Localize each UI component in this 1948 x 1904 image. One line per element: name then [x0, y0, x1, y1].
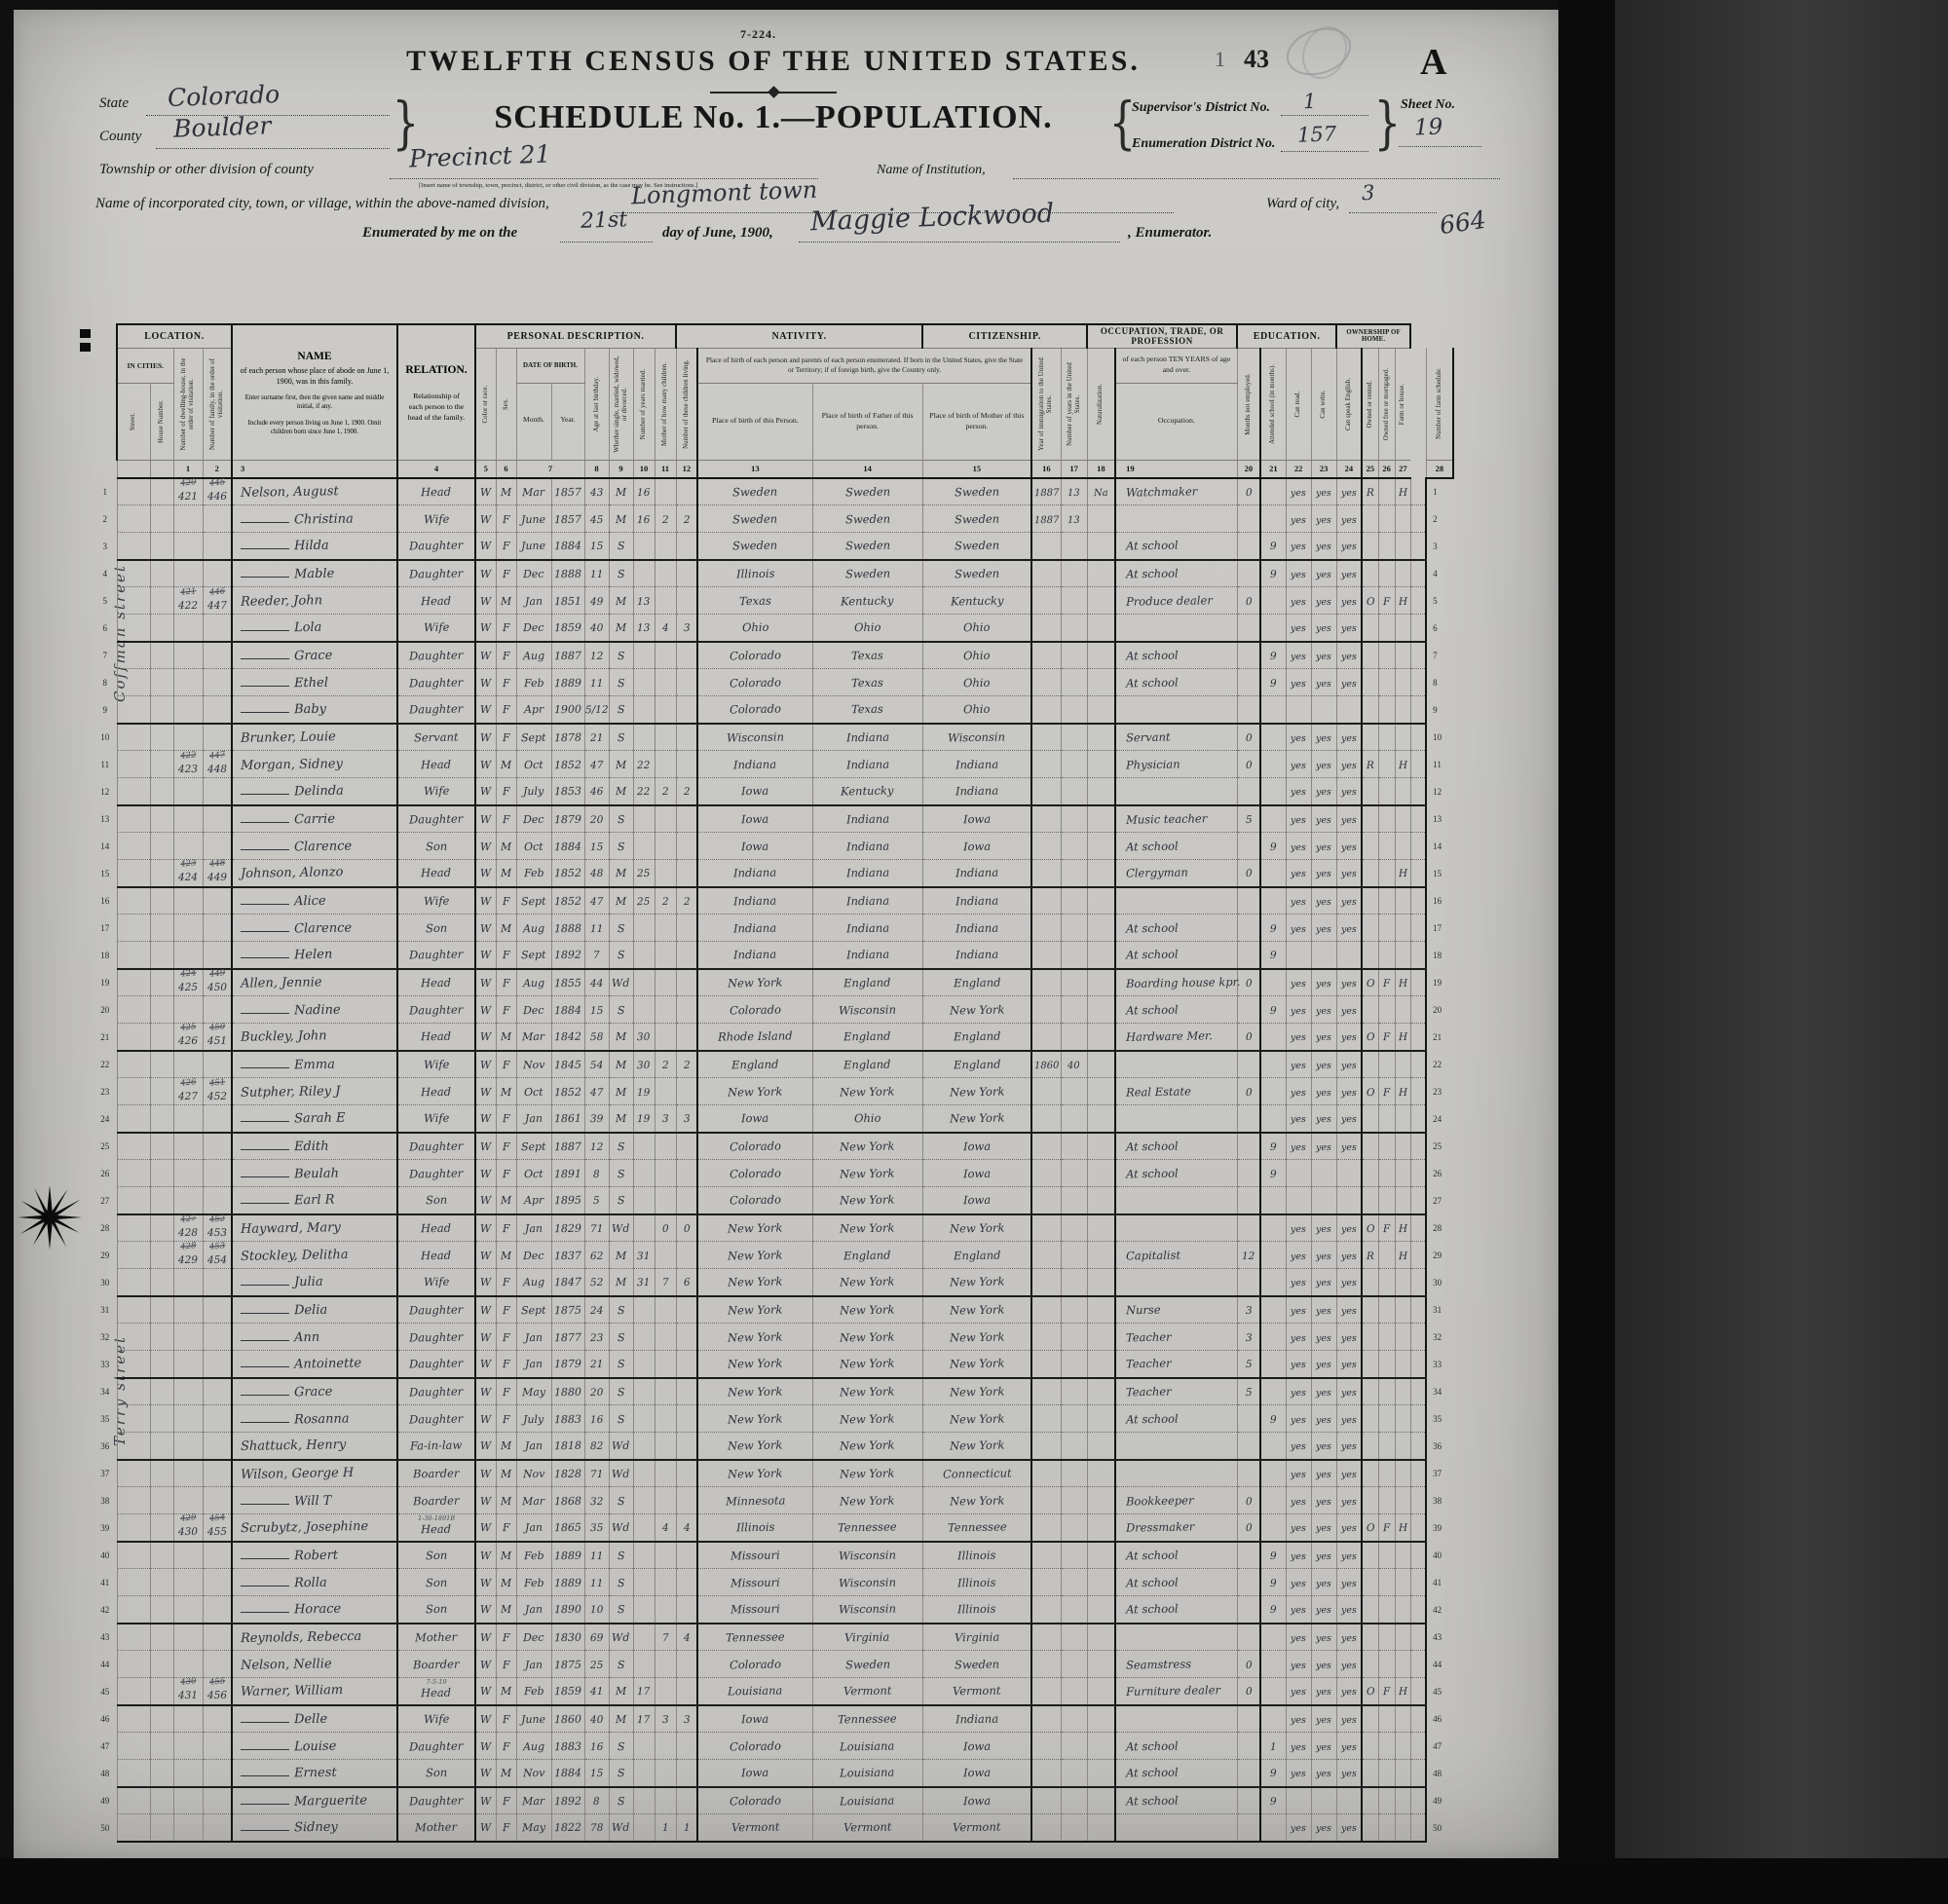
cell-name: Julia: [232, 1269, 397, 1296]
cell-farm: H: [1395, 860, 1410, 887]
cell-farm: [1395, 1105, 1410, 1133]
cell-mar: S: [609, 560, 633, 587]
cell-imm: [1031, 751, 1061, 778]
cell-sex: F: [496, 1705, 516, 1733]
cell-street: [117, 1651, 150, 1678]
cell-pf: Sweden: [812, 505, 922, 533]
cell-race: W: [475, 1405, 496, 1433]
cell-street: [117, 696, 150, 724]
cell-pb: Ohio: [697, 615, 812, 642]
person-row-47: 47LouiseDaughterWFAug188316SColoradoLoui…: [94, 1733, 1453, 1760]
cell-name: Grace: [232, 1378, 397, 1405]
cell-fs: [1410, 1514, 1426, 1542]
cell-mne: 12: [1237, 1242, 1260, 1269]
cell-age: 12: [584, 1133, 609, 1160]
cell-mc: 2: [655, 505, 676, 533]
cell-nat: [1087, 642, 1115, 669]
person-row-31: 31DeliaDaughterWFSept187524SNew YorkNew …: [94, 1296, 1453, 1324]
col-dwelling-number: Number of dwelling-house, in the order o…: [173, 348, 203, 460]
cell-mar: M: [609, 587, 633, 615]
cell-rel: Servant: [397, 724, 475, 751]
cell-name: Sidney: [232, 1814, 397, 1842]
cell-yrs: [1061, 860, 1087, 887]
cell-fs: [1410, 805, 1426, 833]
cell-occ: At school: [1115, 1405, 1237, 1433]
cell-mc: [655, 833, 676, 860]
person-row-22: 22EmmaWifeWFNov184554M3022EnglandEngland…: [94, 1051, 1453, 1078]
person-row-30: 30JuliaWifeWFAug184752M3176New YorkNew Y…: [94, 1269, 1453, 1296]
cell-by: 1830: [551, 1624, 584, 1651]
cell-street: [117, 1433, 150, 1460]
ward-line: [1349, 212, 1437, 213]
cell-mort: [1378, 724, 1395, 751]
cell-en: yes: [1336, 724, 1362, 751]
cell-imm: [1031, 1460, 1061, 1487]
cell-pb: Colorado: [697, 1733, 812, 1760]
cell-rel: Head: [397, 1078, 475, 1105]
cell-fam: [203, 1460, 232, 1487]
cell-cl: 2: [676, 505, 697, 533]
cell-mc: 3: [655, 1705, 676, 1733]
line-number-left: 26: [94, 1160, 117, 1187]
line-number-left: 42: [94, 1596, 117, 1624]
cell-bm: Mar: [516, 1487, 551, 1514]
col-attended-school: Attended school (in months).: [1260, 348, 1286, 460]
cell-farm: [1395, 833, 1410, 860]
cell-cl: 1: [676, 1814, 697, 1842]
cell-race: W: [475, 1460, 496, 1487]
cell-bm: July: [516, 1405, 551, 1433]
cell-house: [150, 1787, 173, 1814]
cell-street: [117, 1596, 150, 1624]
cell-rd: yes: [1286, 1514, 1311, 1542]
cell-mar: S: [609, 1405, 633, 1433]
cell-ym: [633, 1514, 655, 1542]
cell-bm: Dec: [516, 805, 551, 833]
cell-imm: [1031, 887, 1061, 915]
line-number-left: 27: [94, 1187, 117, 1214]
cell-race: W: [475, 1596, 496, 1624]
cell-pm: England: [922, 1242, 1031, 1269]
right-margin-gutter: [1410, 324, 1426, 478]
cell-fs: [1410, 942, 1426, 969]
cell-own: [1362, 942, 1378, 969]
person-row-8: 8EthelDaughterWFFeb188911SColoradoTexasO…: [94, 669, 1453, 696]
cell-by: 1888: [551, 915, 584, 942]
cell-fs: [1410, 1296, 1426, 1324]
cell-fam: 450451: [203, 1024, 232, 1051]
line-number-left: 41: [94, 1569, 117, 1596]
cell-cl: 3: [676, 1705, 697, 1733]
cell-dw: 422423: [173, 751, 203, 778]
cell-dw: [173, 724, 203, 751]
line-number-right: 16: [1426, 887, 1453, 915]
cell-rel: Head: [397, 751, 475, 778]
cell-house: [150, 642, 173, 669]
cell-en: yes: [1336, 533, 1362, 560]
cell-ym: 30: [633, 1024, 655, 1051]
cell-mc: 1: [655, 1814, 676, 1842]
cell-pf: Indiana: [812, 805, 922, 833]
cell-bm: Dec: [516, 1242, 551, 1269]
cell-occ: [1115, 1433, 1237, 1460]
cell-pf: Kentucky: [812, 587, 922, 615]
cell-age: 7: [584, 942, 609, 969]
cell-rel: Boarder: [397, 1651, 475, 1678]
cell-ym: 30: [633, 1051, 655, 1078]
line-number-left: 37: [94, 1460, 117, 1487]
cell-nat: [1087, 1514, 1115, 1542]
line-number-right: 18: [1426, 942, 1453, 969]
person-row-26: 26BeulahDaughterWFOct18918SColoradoNew Y…: [94, 1160, 1453, 1187]
cell-wr: [1311, 1787, 1336, 1814]
cell-nat: [1087, 560, 1115, 587]
cell-rel: Son: [397, 915, 475, 942]
cell-mne: [1237, 996, 1260, 1024]
cell-house: [150, 1351, 173, 1378]
col-group-location: LOCATION.: [117, 324, 232, 348]
cell-sex: F: [496, 560, 516, 587]
cell-yrs: [1061, 833, 1087, 860]
cell-house: [150, 887, 173, 915]
column-number: 20: [1237, 460, 1260, 478]
cell-race: W: [475, 887, 496, 915]
cell-occ: [1115, 1214, 1237, 1242]
cell-mne: [1237, 942, 1260, 969]
cell-yrs: [1061, 1105, 1087, 1133]
cell-by: 1822: [551, 1814, 584, 1842]
cell-age: 11: [584, 1542, 609, 1569]
line-number-left: 10: [94, 724, 117, 751]
cell-bm: Feb: [516, 860, 551, 887]
cell-mc: [655, 724, 676, 751]
sheet-letter: A: [1420, 41, 1446, 84]
cell-mort: [1378, 1542, 1395, 1569]
cell-sch: [1260, 778, 1286, 805]
col-children-living: Number of these children living.: [676, 348, 697, 460]
cell-mne: [1237, 1569, 1260, 1596]
line-number-right: 37: [1426, 1460, 1453, 1487]
cell-race: W: [475, 1242, 496, 1269]
cell-fs: [1410, 1160, 1426, 1187]
cell-imm: [1031, 1760, 1061, 1787]
person-row-37: 37Wilson, George HBoarderWMNov182871WdNe…: [94, 1460, 1453, 1487]
cell-occ: Dressmaker: [1115, 1514, 1237, 1542]
cell-pb: Colorado: [697, 1187, 812, 1214]
cell-own: [1362, 1814, 1378, 1842]
cell-en: yes: [1336, 969, 1362, 996]
cell-age: 11: [584, 1569, 609, 1596]
cell-by: 1877: [551, 1324, 584, 1351]
cell-pb: Colorado: [697, 669, 812, 696]
cell-age: 58: [584, 1024, 609, 1051]
cell-pm: Sweden: [922, 1651, 1031, 1678]
cell-mort: F: [1378, 1024, 1395, 1051]
cell-sex: F: [496, 1133, 516, 1160]
line-number-right: 6: [1426, 615, 1453, 642]
left-margin-gutter: [94, 324, 117, 478]
cell-street: [117, 1133, 150, 1160]
cell-race: W: [475, 1814, 496, 1842]
cell-pf: Indiana: [812, 915, 922, 942]
cell-sex: F: [496, 505, 516, 533]
column-number: 19: [1115, 460, 1237, 478]
cell-fam: [203, 1624, 232, 1651]
cell-age: 21: [584, 1351, 609, 1378]
cell-rel: Daughter: [397, 560, 475, 587]
cell-sch: [1260, 1024, 1286, 1051]
cell-cl: [676, 969, 697, 996]
cell-street: [117, 1051, 150, 1078]
cell-pf: Sweden: [812, 1651, 922, 1678]
cell-bm: Feb: [516, 669, 551, 696]
cell-rd: yes: [1286, 833, 1311, 860]
cell-own: [1362, 1351, 1378, 1378]
cell-own: O: [1362, 969, 1378, 996]
cell-wr: yes: [1311, 1624, 1336, 1651]
cell-sex: F: [496, 1514, 516, 1542]
cell-fam: 449450: [203, 969, 232, 996]
cell-house: [150, 778, 173, 805]
cell-name: Ethel: [232, 669, 397, 696]
cell-ym: [633, 724, 655, 751]
county-value: Boulder: [173, 111, 272, 142]
cell-race: W: [475, 805, 496, 833]
cell-pm: New York: [922, 1487, 1031, 1514]
cell-fs: [1410, 615, 1426, 642]
cell-mort: [1378, 860, 1395, 887]
cell-fam: [203, 533, 232, 560]
cell-farm: [1395, 560, 1410, 587]
cell-by: 1842: [551, 1024, 584, 1051]
cell-name: Clarence: [232, 833, 397, 860]
cell-house: [150, 1487, 173, 1514]
cell-race: W: [475, 1133, 496, 1160]
cell-yrs: 40: [1061, 1051, 1087, 1078]
cell-pm: New York: [922, 1105, 1031, 1133]
cell-pm: Iowa: [922, 1133, 1031, 1160]
cell-sex: F: [496, 1105, 516, 1133]
cell-mne: [1237, 533, 1260, 560]
cell-sex: F: [496, 1296, 516, 1324]
cell-ym: [633, 1787, 655, 1814]
cell-farm: [1395, 1569, 1410, 1596]
cell-cl: [676, 860, 697, 887]
line-number-right: 20: [1426, 996, 1453, 1024]
cell-mc: [655, 751, 676, 778]
cell-race: W: [475, 1569, 496, 1596]
cell-cl: [676, 1405, 697, 1433]
cell-fam: 447448: [203, 751, 232, 778]
cell-ym: [633, 560, 655, 587]
cell-house: [150, 560, 173, 587]
cell-pm: New York: [922, 1269, 1031, 1296]
cell-age: 49: [584, 587, 609, 615]
cell-wr: yes: [1311, 587, 1336, 615]
cell-sex: M: [496, 1760, 516, 1787]
column-number: 27: [1395, 460, 1410, 478]
cell-rel: Son: [397, 1760, 475, 1787]
cell-name: Louise: [232, 1733, 397, 1760]
cell-sch: [1260, 1296, 1286, 1324]
cell-mar: S: [609, 1651, 633, 1678]
cell-sch: [1260, 860, 1286, 887]
cell-mc: [655, 1433, 676, 1460]
person-row-32: 32AnnDaughterWFJan187723SNew YorkNew Yor…: [94, 1324, 1453, 1351]
cell-mne: 0: [1237, 1651, 1260, 1678]
person-row-49: 49MargueriteDaughterWFMar18928SColoradoL…: [94, 1787, 1453, 1814]
cell-sex: F: [496, 1651, 516, 1678]
cell-name: Earl R: [232, 1187, 397, 1214]
cell-rel: Daughter: [397, 1324, 475, 1351]
cell-street: [117, 1242, 150, 1269]
cell-age: 52: [584, 1269, 609, 1296]
cell-house: [150, 805, 173, 833]
cell-mc: [655, 1024, 676, 1051]
cell-farm: H: [1395, 751, 1410, 778]
enumerated-day: 21st: [581, 207, 628, 234]
cell-yrs: [1061, 969, 1087, 996]
cell-sch: 9: [1260, 996, 1286, 1024]
cell-pf: Texas: [812, 642, 922, 669]
cell-fs: [1410, 1678, 1426, 1705]
cell-rd: yes: [1286, 805, 1311, 833]
cell-ym: [633, 1378, 655, 1405]
cell-nat: [1087, 1324, 1115, 1351]
cell-dw: [173, 1760, 203, 1787]
cell-mort: [1378, 833, 1395, 860]
city-label: Name of incorporated city, town, or vill…: [95, 196, 549, 212]
cell-dw: [173, 696, 203, 724]
person-row-24: 24Sarah EWifeWFJan186139M1933IowaOhioNew…: [94, 1105, 1453, 1133]
cell-wr: yes: [1311, 1214, 1336, 1242]
cell-pm: Tennessee: [922, 1514, 1031, 1542]
col-group-personal-description: PERSONAL DESCRIPTION.: [475, 324, 676, 348]
cell-occ: At school: [1115, 669, 1237, 696]
cell-name: Grace: [232, 642, 397, 669]
line-number-right: 48: [1426, 1760, 1453, 1787]
cell-nat: [1087, 1242, 1115, 1269]
cell-bm: Oct: [516, 751, 551, 778]
cell-farm: [1395, 1542, 1410, 1569]
cell-mc: [655, 1678, 676, 1705]
cell-en: yes: [1336, 1296, 1362, 1324]
cell-farm: [1395, 1051, 1410, 1078]
cell-by: 1865: [551, 1514, 584, 1542]
cell-race: W: [475, 669, 496, 696]
cell-yrs: [1061, 1733, 1087, 1760]
cell-wr: yes: [1311, 1078, 1336, 1105]
cell-farm: [1395, 1351, 1410, 1378]
cell-fs: [1410, 1351, 1426, 1378]
cell-by: 1847: [551, 1269, 584, 1296]
cell-sex: M: [496, 1487, 516, 1514]
cell-fs: [1410, 724, 1426, 751]
cell-nat: [1087, 1678, 1115, 1705]
cell-name: Emma: [232, 1051, 397, 1078]
cell-house: [150, 915, 173, 942]
cell-pm: Iowa: [922, 1760, 1031, 1787]
cell-pf: Texas: [812, 696, 922, 724]
person-row-50: 50SidneyMotherWFMay182278Wd11VermontVerm…: [94, 1814, 1453, 1842]
cell-house: [150, 1296, 173, 1324]
person-row-16: 16AliceWifeWFSept185247M2522IndianaIndia…: [94, 887, 1453, 915]
person-row-41: 41RollaSonWMFeb188911SMissouriWisconsinI…: [94, 1569, 1453, 1596]
cell-bm: Sept: [516, 942, 551, 969]
line-number-right: 38: [1426, 1487, 1453, 1514]
cell-pf: New York: [812, 1133, 922, 1160]
cell-imm: [1031, 969, 1061, 996]
cell-yrs: [1061, 696, 1087, 724]
cell-by: 1883: [551, 1733, 584, 1760]
cell-mort: [1378, 942, 1395, 969]
cell-street: [117, 1460, 150, 1487]
cell-pb: Indiana: [697, 860, 812, 887]
cell-mne: [1237, 887, 1260, 915]
line-number-right: 42: [1426, 1596, 1453, 1624]
cell-imm: 1860: [1031, 1051, 1061, 1078]
cell-mc: 3: [655, 1105, 676, 1133]
cell-rel: Wife: [397, 1105, 475, 1133]
cell-pf: England: [812, 1024, 922, 1051]
cell-by: 1884: [551, 833, 584, 860]
cell-sex: F: [496, 615, 516, 642]
cell-sex: F: [496, 696, 516, 724]
cell-fam: [203, 1569, 232, 1596]
cell-rel: Daughter: [397, 805, 475, 833]
cell-by: 1891: [551, 1160, 584, 1187]
col-naturalization: Naturalization.: [1087, 348, 1115, 460]
person-row-46: 46DelleWifeWFJune186040M1733IowaTennesse…: [94, 1705, 1453, 1733]
cell-house: [150, 1514, 173, 1542]
line-number-right: 30: [1426, 1269, 1453, 1296]
cell-wr: yes: [1311, 1542, 1336, 1569]
column-number: 24: [1336, 460, 1362, 478]
cell-pm: New York: [922, 1078, 1031, 1105]
line-number-left: 15: [94, 860, 117, 887]
cell-fam: [203, 1324, 232, 1351]
cell-farm: [1395, 1787, 1410, 1814]
line-number-left: 2: [94, 505, 117, 533]
cell-race: W: [475, 615, 496, 642]
cell-name: Edith: [232, 1133, 397, 1160]
cell-house: [150, 1078, 173, 1105]
cell-by: 1852: [551, 860, 584, 887]
cell-ym: [633, 1760, 655, 1787]
census-rows: 1420421445446Nelson, AugustHeadWMMar1857…: [94, 478, 1453, 1842]
cell-bm: Nov: [516, 1760, 551, 1787]
line-number-left: 9: [94, 696, 117, 724]
cell-rd: yes: [1286, 1733, 1311, 1760]
cell-farm: H: [1395, 587, 1410, 615]
cell-farm: [1395, 942, 1410, 969]
line-number-left: 33: [94, 1351, 117, 1378]
cell-street: [117, 1487, 150, 1514]
cell-street: [117, 915, 150, 942]
cell-nat: [1087, 1814, 1115, 1842]
relation-desc: Relationship of each person to the head …: [405, 392, 468, 424]
cell-race: W: [475, 969, 496, 996]
nativity-desc: Place of birth of each person and parent…: [697, 348, 1031, 383]
cell-mar: M: [609, 1105, 633, 1133]
line-number-right: 47: [1426, 1733, 1453, 1760]
line-number-left: 30: [94, 1269, 117, 1296]
cell-mc: [655, 1569, 676, 1596]
cell-pb: Iowa: [697, 1105, 812, 1133]
cell-yrs: [1061, 1678, 1087, 1705]
cell-race: W: [475, 1378, 496, 1405]
cell-mne: 3: [1237, 1324, 1260, 1351]
